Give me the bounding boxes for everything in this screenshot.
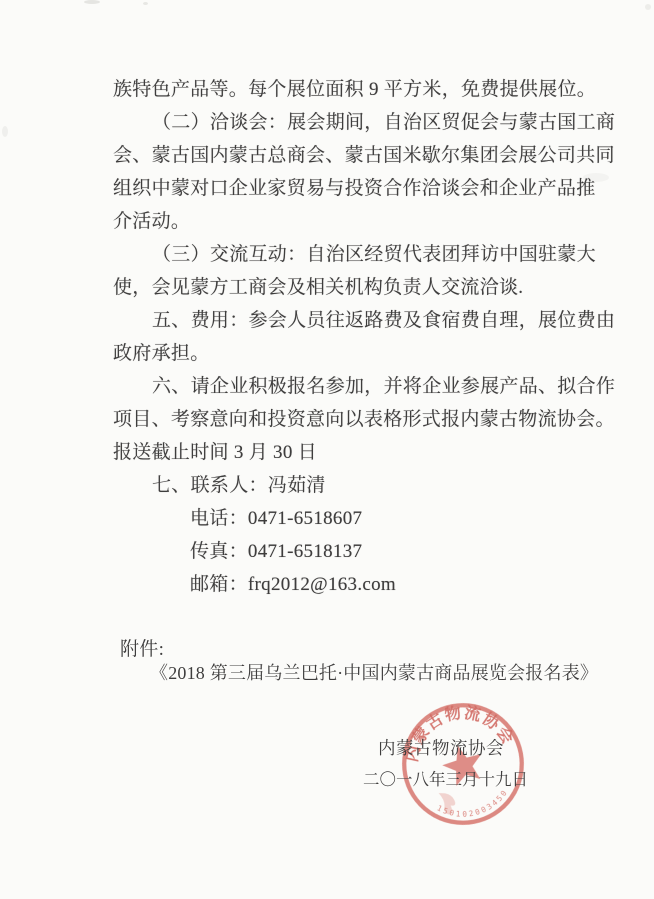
body-line: 使，会见蒙方工商会及相关机构负责人交流洽谈. [113, 271, 575, 304]
scan-speck [143, 2, 148, 5]
attachment-title: 《2018 第三届乌兰巴托·中国内蒙古商品展览会报名表》 [150, 659, 598, 685]
body-line: 会、蒙古国内蒙古总商会、蒙古国米歇尔集团会展公司共同 [113, 139, 575, 172]
body-line: （三）交流互动：自治区经贸代表团拜访中国驻蒙大 [113, 238, 575, 271]
attachment-label: 附件: [120, 634, 164, 661]
phone-line: 电话：0471-6518607 [113, 502, 575, 535]
deadline-line: 报送截止时间 3 月 30 日 [113, 436, 575, 469]
body-line: （二）洽谈会：展会期间，自治区贸促会与蒙古国工商 [113, 106, 575, 139]
fax-line: 传真：0471-6518137 [113, 535, 575, 568]
scan-speck [2, 126, 8, 137]
signature-organization: 内蒙古物流协会 [378, 735, 504, 760]
email-line: 邮箱：frq2012@163.com [113, 568, 575, 601]
body-line: 政府承担。 [113, 337, 575, 370]
signature-date: 二〇一八年三月十九日 [363, 766, 528, 790]
body-line: 族特色产品等。每个展位面积 9 平方米，免费提供展位。 [113, 73, 575, 106]
body-line: 六、请企业积极报名参加，并将企业参展产品、拟合作 [113, 370, 575, 403]
body-line: 组织中蒙对口企业家贸易与投资合作洽谈会和企业产品推 [113, 172, 575, 205]
scan-speck [84, 0, 100, 4]
official-seal: 内蒙古物流协会 150102003450 [369, 670, 557, 858]
body-line: 五、费用：参会人员往返路费及食宿费自理，展位费由 [113, 304, 575, 337]
body-line: 介活动。 [113, 205, 575, 238]
contact-person-line: 七、联系人：冯茹清 [113, 469, 575, 502]
scan-speck [645, 4, 651, 10]
body-line: 项目、考察意向和投资意向以表格形式报内蒙古物流协会。 [113, 403, 575, 436]
document-body: 族特色产品等。每个展位面积 9 平方米，免费提供展位。 （二）洽谈会：展会期间，… [113, 73, 575, 601]
scanned-document-page: 族特色产品等。每个展位面积 9 平方米，免费提供展位。 （二）洽谈会：展会期间，… [0, 0, 654, 899]
